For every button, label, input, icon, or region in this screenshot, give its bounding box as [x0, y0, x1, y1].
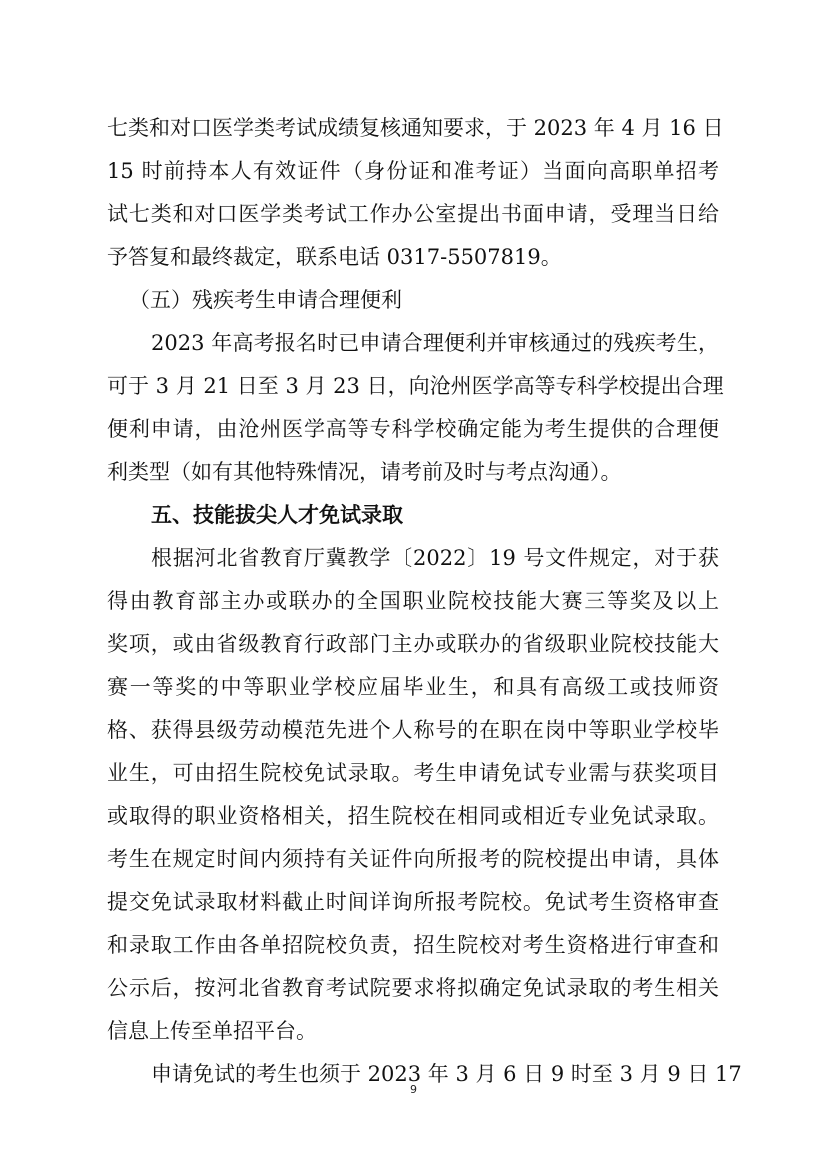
paragraph-line: 公示后，按河北省教育考试院要求将拟确定免试录取的考生相关 [107, 973, 719, 1016]
paragraph-line: 业生，可由招生院校免试录取。考生申请免试专业需与获奖项目 [107, 758, 719, 801]
paragraph-line: 奖项，或由省级教育行政部门主办或联办的省级职业院校技能大 [107, 629, 719, 672]
paragraph-line: 2023 年高考报名时已申请合理便利并审核通过的残疾考生， [107, 328, 719, 371]
page-number: 9 [0, 1083, 827, 1096]
paragraph-line: 考生在规定时间内须持有关证件向所报考的院校提出申请，具体 [107, 844, 719, 887]
paragraph-line: 便利申请，由沧州医学高等专科学校确定能为考生提供的合理便 [107, 414, 719, 457]
paragraph-line: 格、获得县级劳动模范先进个人称号的在职在岗中等职业学校毕 [107, 715, 719, 758]
paragraph-line: 七类和对口医学类考试成绩复核通知要求，于 2023 年 4 月 16 日 [107, 113, 719, 156]
paragraph-line: 可于 3 月 21 日至 3 月 23 日，向沧州医学高等专科学校提出合理 [107, 371, 719, 414]
paragraph-line: 予答复和最终裁定，联系电话 0317-5507819。 [107, 242, 719, 285]
paragraph-line: 提交免试录取材料截止时间详询所报考院校。免试考生资格审查 [107, 887, 719, 930]
paragraph-line: 得由教育部主办或联办的全国职业院校技能大赛三等奖及以上 [107, 586, 719, 629]
document-page: 七类和对口医学类考试成绩复核通知要求，于 2023 年 4 月 16 日 15 … [107, 113, 719, 1102]
paragraph-line: 利类型（如有其他特殊情况，请考前及时与考点沟通）。 [107, 457, 719, 500]
section-heading: 五、技能拔尖人才免试录取 [107, 500, 719, 543]
paragraph-line: 或取得的职业资格相关，招生院校在相同或相近专业免试录取。 [107, 801, 719, 844]
paragraph-line: 信息上传至单招平台。 [107, 1016, 719, 1059]
paragraph-line: 试七类和对口医学类考试工作办公室提出书面申请，受理当日给 [107, 199, 719, 242]
paragraph-line: 和录取工作由各单招院校负责，招生院校对考生资格进行审查和 [107, 930, 719, 973]
paragraph-line: 赛一等奖的中等职业学校应届毕业生，和具有高级工或技师资 [107, 672, 719, 715]
paragraph-line: 15 时前持本人有效证件（身份证和准考证）当面向高职单招考 [107, 156, 719, 199]
subsection-heading: （五）残疾考生申请合理便利 [107, 285, 719, 328]
paragraph-line: 根据河北省教育厅冀教学〔2022〕19 号文件规定，对于获 [107, 543, 719, 586]
